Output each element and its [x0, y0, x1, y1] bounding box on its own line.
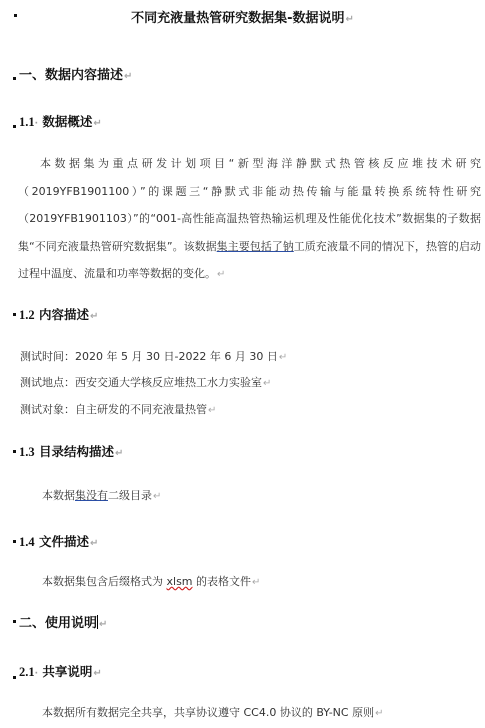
directory-structure-text: 本数据集没有二级目录↵ [42, 487, 161, 503]
paragraph-mark-bullet [13, 77, 16, 80]
subsection-number: 1.3 [19, 445, 35, 459]
paragraph-return-icon: ↵ [217, 269, 225, 280]
paragraph-text: 二级目录 [108, 489, 152, 502]
paragraph-text: 的表格文件 [193, 575, 252, 588]
paragraph-return-icon: ↵ [93, 118, 101, 129]
text-cursor [97, 615, 98, 629]
paragraph-mark-bullet [13, 620, 16, 623]
paragraph-return-icon: ↵ [153, 491, 161, 502]
subsection-1-2-heading: 1.2 内容描述↵ [19, 305, 98, 323]
test-info-location: 测试地点：西安交通大学核反应堆热工水力实验室↵ [20, 374, 271, 390]
paragraph-return-icon: ↵ [124, 71, 132, 82]
subsection-number: 1.4 [19, 535, 35, 549]
subsection-1-1-heading: 1.1· 数据概述↵ [19, 112, 102, 130]
sharing-description-text: 本数据所有数据完全共享，共享协议遵守 CC4.0 协议的 BY-NC 原则↵ [42, 704, 383, 720]
subsection-2-1-heading: 2.1· 共享说明↵ [19, 662, 102, 680]
subsection-number: 1.1 [19, 115, 35, 129]
subsection-heading-text: 共享说明 [42, 664, 92, 679]
section-1-heading-text: 一、数据内容描述 [19, 68, 123, 83]
grammar-underlined-text[interactable]: 集没有 [75, 489, 108, 502]
info-value: 2020 年 5 月 30 日-2022 年 6 月 30 日 [75, 350, 278, 363]
paragraph-return-icon: ↵ [99, 619, 107, 630]
section-1-heading: 一、数据内容描述↵ [19, 64, 132, 83]
paragraph-mark-bullet [13, 313, 16, 316]
info-value: 自主研发的不同充液量热管 [75, 403, 207, 416]
subsection-1-3-heading: 1.3 目录结构描述↵ [19, 442, 123, 460]
paragraph-return-icon: ↵ [208, 405, 216, 416]
paragraph-text: 本数据 [42, 489, 75, 502]
paragraph-return-icon: ↵ [90, 311, 98, 322]
title-text: 不同充液量热管研究数据集-数据说明 [131, 11, 344, 26]
data-overview-paragraph: 本数据集为重点研发计划项目“新型海洋静默式热管核反应堆技术研究（2019YFB1… [18, 150, 481, 289]
paragraph-return-icon: ↵ [115, 448, 123, 459]
subsection-heading-text: 数据概述 [42, 114, 92, 129]
paragraph-return-icon: ↵ [263, 378, 271, 389]
subsection-heading-text: 文件描述 [39, 534, 89, 549]
paragraph-mark-bullet [13, 540, 16, 543]
paragraph-return-icon: ↵ [346, 14, 354, 25]
test-info-time: 测试时间：2020 年 5 月 30 日-2022 年 6 月 30 日↵ [20, 348, 287, 364]
paragraph-text: 本数据集包含后缀格式为 [42, 575, 167, 588]
test-info-object: 测试对象：自主研发的不同充液量热管↵ [20, 401, 216, 417]
subsection-number: 1.2 [19, 308, 35, 322]
paragraph-text: 本数据所有数据完全共享，共享协议遵守 CC4.0 协议的 BY-NC 原则 [42, 706, 374, 719]
subsection-heading-text: 内容描述 [39, 307, 89, 322]
paragraph-text: 本数据集为重点研发计划项目“新型海洋静默式热管核反应堆技术研究（2019YFB1… [18, 157, 481, 253]
paragraph-mark-bullet [13, 450, 16, 453]
paragraph-mark-bullet [13, 125, 16, 128]
subsection-heading-text: 目录结构描述 [39, 444, 114, 459]
info-label: 测试地点： [20, 376, 75, 389]
subsection-1-4-heading: 1.4 文件描述↵ [19, 532, 98, 550]
paragraph-return-icon: ↵ [279, 352, 287, 363]
paragraph-return-icon: ↵ [252, 577, 260, 588]
paragraph-mark-bullet [13, 676, 16, 679]
paragraph-return-icon: ↵ [375, 708, 383, 719]
paragraph-return-icon: ↵ [93, 668, 101, 679]
info-value: 西安交通大学核反应堆热工水力实验室 [75, 376, 262, 389]
paragraph-return-icon: ↵ [90, 538, 98, 549]
section-2-heading-text: 二、使用说明 [19, 616, 97, 631]
info-label: 测试时间： [20, 350, 75, 363]
spelling-error-text[interactable]: xlsm [167, 575, 193, 588]
section-2-heading: 二、使用说明↵ [19, 612, 107, 631]
info-label: 测试对象： [20, 403, 75, 416]
document-title: 不同充液量热管研究数据集-数据说明↵ [0, 7, 485, 26]
file-description-text: 本数据集包含后缀格式为 xlsm 的表格文件↵ [42, 573, 260, 589]
grammar-underlined-text[interactable]: 集主要包括了钠 [217, 240, 294, 253]
subsection-number: 2.1 [19, 665, 35, 679]
